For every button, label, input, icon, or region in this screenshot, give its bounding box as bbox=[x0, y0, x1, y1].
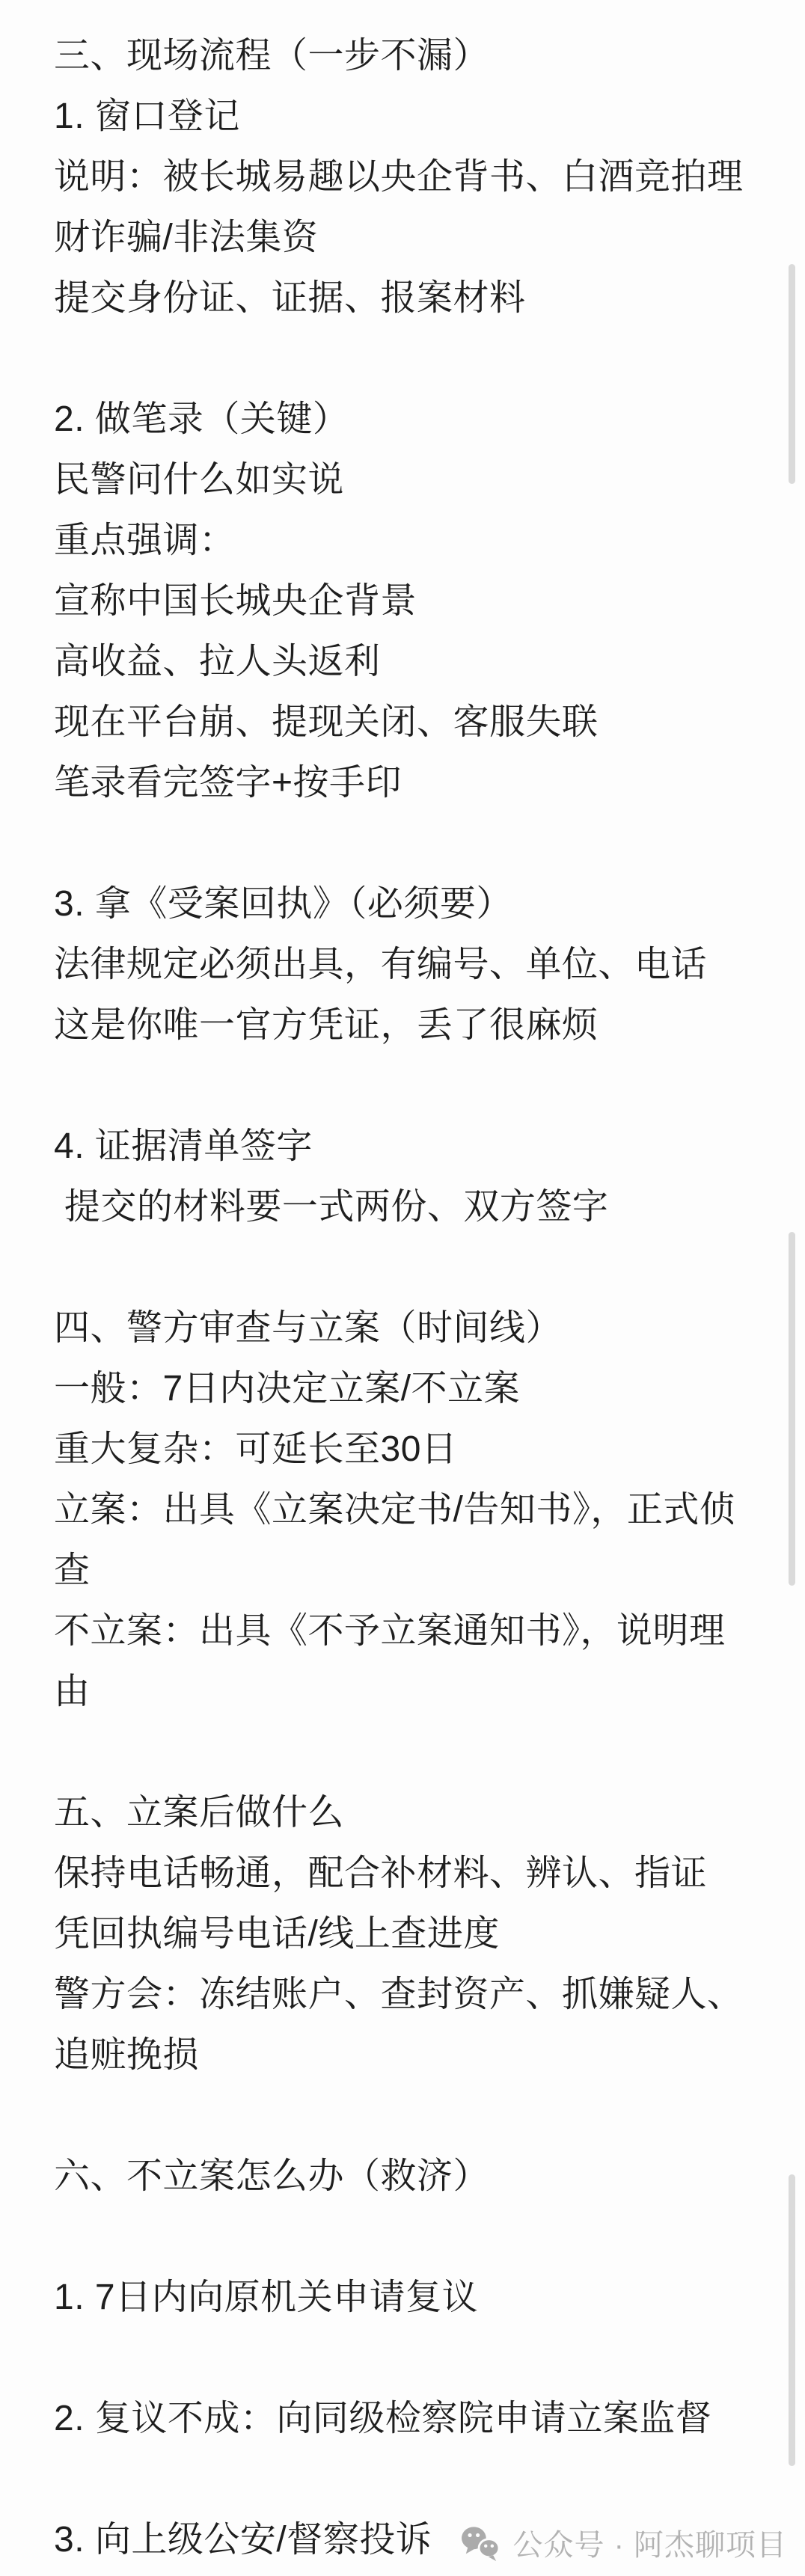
text-line: 财诈骗/非法集资 bbox=[54, 207, 783, 268]
article-page: 三、现场流程（一步不漏）1. 窗口登记说明：被长城易趣以央企背书、白酒竞拍理财诈… bbox=[0, 0, 805, 2576]
text-line: 追赃挽损 bbox=[54, 2025, 783, 2085]
text-line: 法律规定必须出具，有编号、单位、电话 bbox=[54, 934, 783, 995]
paragraph-5: 四、警方审查与立案（时间线）一般：7日内决定立案/不立案重大复杂：可延长至30日… bbox=[54, 1298, 783, 1722]
text-line: 2. 做笔录（关键） bbox=[54, 389, 783, 450]
wechat-watermark: 公众号 · 阿杰聊项目 bbox=[459, 2521, 787, 2564]
text-line: 现在平台崩、提现关闭、客服失联 bbox=[54, 692, 783, 752]
text-line: 提交的材料要一式两份、双方签字 bbox=[54, 1177, 783, 1237]
paragraph-8: 1. 7日内向原机关申请复议 bbox=[54, 2267, 783, 2328]
text-line: 高收益、拉人头返利 bbox=[54, 631, 783, 692]
paragraph-4: 4. 证据清单签字 提交的材料要一式两份、双方签字 bbox=[54, 1116, 783, 1237]
text-line: 提交身份证、证据、报案材料 bbox=[54, 268, 783, 328]
text-line: 警方会：冻结账户、查封资产、抓嫌疑人、 bbox=[54, 1964, 783, 2025]
paragraph-1: 三、现场流程（一步不漏）1. 窗口登记说明：被长城易趣以央企背书、白酒竞拍理财诈… bbox=[54, 25, 783, 328]
text-line: 1. 7日内向原机关申请复议 bbox=[54, 2267, 783, 2328]
watermark-label: 公众号 · 阿杰聊项目 bbox=[512, 2521, 787, 2564]
text-line: 不立案：出具《不予立案通知书》，说明理 bbox=[54, 1601, 783, 1661]
text-line: 三、现场流程（一步不漏） bbox=[54, 25, 783, 86]
text-line: 一般：7日内决定立案/不立案 bbox=[54, 1358, 783, 1419]
text-line: 4. 证据清单签字 bbox=[54, 1116, 783, 1177]
text-line: 重点强调： bbox=[54, 510, 783, 571]
text-line: 五、立案后做什么 bbox=[54, 1782, 783, 1843]
text-line: 笔录看完签字+按手印 bbox=[54, 752, 783, 813]
text-line: 保持电话畅通，配合补材料、辨认、指证 bbox=[54, 1843, 783, 1904]
scrollbar-thumb[interactable] bbox=[789, 2174, 795, 2466]
text-line: 3. 拿《受案回执》（必须要） bbox=[54, 874, 783, 934]
text-line: 说明：被长城易趣以央企背书、白酒竞拍理 bbox=[54, 147, 783, 207]
text-line: 六、不立案怎么办（救济） bbox=[54, 2146, 783, 2207]
text-line: 凭回执编号电话/线上查进度 bbox=[54, 1904, 783, 1964]
paragraph-6: 五、立案后做什么保持电话畅通，配合补材料、辨认、指证凭回执编号电话/线上查进度警… bbox=[54, 1782, 783, 2085]
text-line: 1. 窗口登记 bbox=[54, 86, 783, 147]
text-line: 这是你唯一官方凭证，丢了很麻烦 bbox=[54, 995, 783, 1055]
text-line: 2. 复议不成：向同级检察院申请立案监督 bbox=[54, 2388, 783, 2449]
paragraph-3: 3. 拿《受案回执》（必须要）法律规定必须出具，有编号、单位、电话这是你唯一官方… bbox=[54, 874, 783, 1055]
text-line: 由 bbox=[54, 1661, 783, 1722]
text-line: 宣称中国长城央企背景 bbox=[54, 571, 783, 631]
paragraph-7: 六、不立案怎么办（救济） bbox=[54, 2146, 783, 2207]
text-line: 查 bbox=[54, 1540, 783, 1601]
wechat-icon bbox=[459, 2524, 502, 2562]
scrollbar-thumb[interactable] bbox=[789, 264, 795, 484]
paragraph-9: 2. 复议不成：向同级检察院申请立案监督 bbox=[54, 2388, 783, 2449]
text-line: 立案：出具《立案决定书/告知书》，正式侦 bbox=[54, 1479, 783, 1540]
scrollbar-thumb[interactable] bbox=[789, 1232, 795, 1586]
article-content: 三、现场流程（一步不漏）1. 窗口登记说明：被长城易趣以央企背书、白酒竞拍理财诈… bbox=[54, 25, 783, 2570]
paragraph-2: 2. 做笔录（关键）民警问什么如实说重点强调：宣称中国长城央企背景高收益、拉人头… bbox=[54, 389, 783, 813]
text-line: 重大复杂：可延长至30日 bbox=[54, 1419, 783, 1479]
text-line: 四、警方审查与立案（时间线） bbox=[54, 1298, 783, 1358]
text-line: 民警问什么如实说 bbox=[54, 450, 783, 510]
